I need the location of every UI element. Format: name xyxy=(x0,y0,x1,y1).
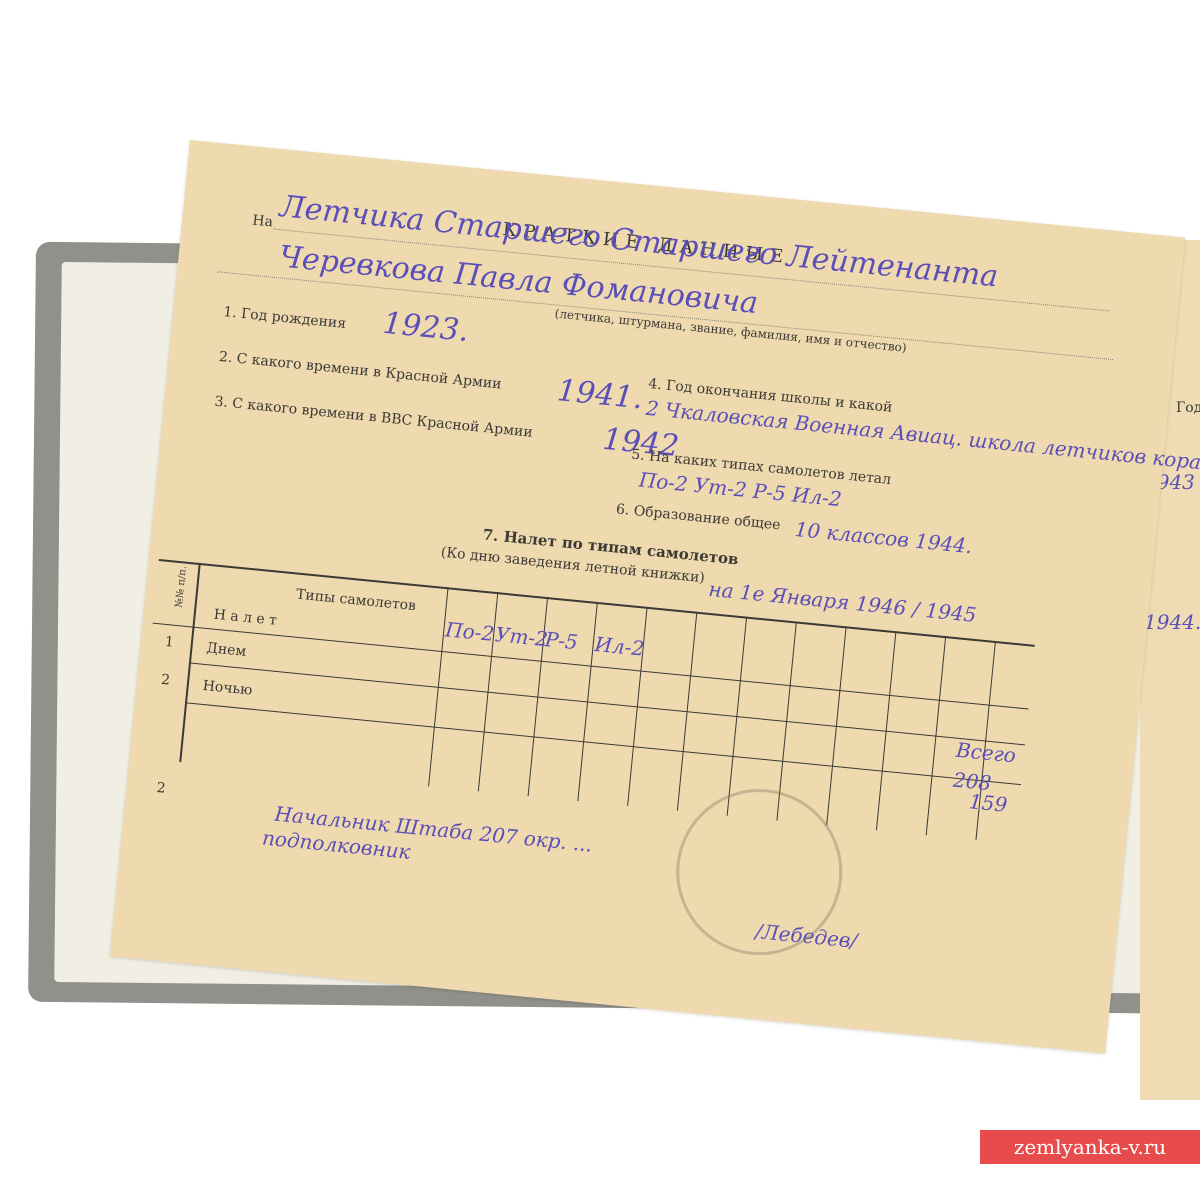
document-page: На КРАТКИЕ ДАННЫЕ Летчика Старшего Старш… xyxy=(110,140,1185,1054)
field-label: 6. Образование общее xyxy=(615,501,781,533)
page-number: 2 xyxy=(156,780,166,797)
aircraft-type: Ут-2 xyxy=(494,622,549,651)
right-page-label: Год xyxy=(1176,400,1200,416)
field-label: 3. С какого времени в ВВС Красной Армии xyxy=(214,394,534,441)
field-label: 1. Год рождения xyxy=(223,304,347,332)
field-value: 1923. xyxy=(381,306,470,349)
aircraft-type: По-2 xyxy=(444,617,495,646)
total-value: 159 xyxy=(968,789,1008,817)
row-num: 2 xyxy=(160,672,170,689)
prefix: На xyxy=(252,213,274,231)
aircraft-type: Ил-2 xyxy=(594,632,646,661)
col-header-num: №№ п/п. xyxy=(174,565,189,608)
watermark: zemlyanka-v.ru xyxy=(980,1130,1200,1164)
col-header-types: Типы самолетов xyxy=(295,587,416,615)
field-value: 1941. xyxy=(556,373,645,416)
field-label: 2. С какого времени в Красной Армии xyxy=(218,349,502,393)
row-label: Днем xyxy=(206,640,247,660)
aircraft-type: Р-5 xyxy=(544,627,579,654)
col-header-flight: Н а л е т xyxy=(213,607,278,629)
row-num: 1 xyxy=(164,634,174,651)
field-value: 10 классов 1944. xyxy=(794,517,974,558)
row-label: Ночью xyxy=(202,678,253,699)
total-label: Всего xyxy=(955,738,1017,768)
right-page-year: 1944. xyxy=(1144,610,1200,634)
